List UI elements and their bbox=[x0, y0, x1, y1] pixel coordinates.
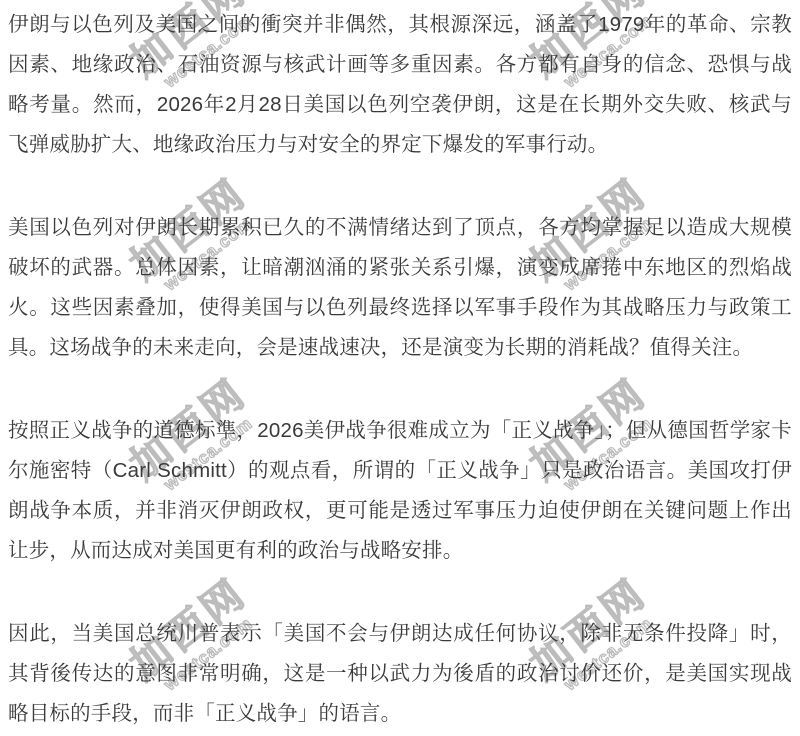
paragraph-1: 伊朗与以色列及美国之间的衝突并非偶然，其根源深远，涵盖了1979年的革命、宗教因… bbox=[8, 5, 792, 165]
article-body: 伊朗与以色列及美国之间的衝突并非偶然，其根源深远，涵盖了1979年的革命、宗教因… bbox=[0, 0, 800, 734]
paragraph-2: 美国以色列对伊朗长期累积已久的不满情绪达到了顶点，各方均掌握足以造成大规模破坏的… bbox=[8, 208, 792, 368]
paragraph-3: 按照正义战争的道德标準，2026美伊战争很难成立为「正义战争」；但从德国哲学家卡… bbox=[8, 411, 792, 571]
paragraph-4: 因此，当美国总统川普表示「美国不会与伊朗达成任何协议，除非无条件投降」时，其背後… bbox=[8, 614, 792, 734]
